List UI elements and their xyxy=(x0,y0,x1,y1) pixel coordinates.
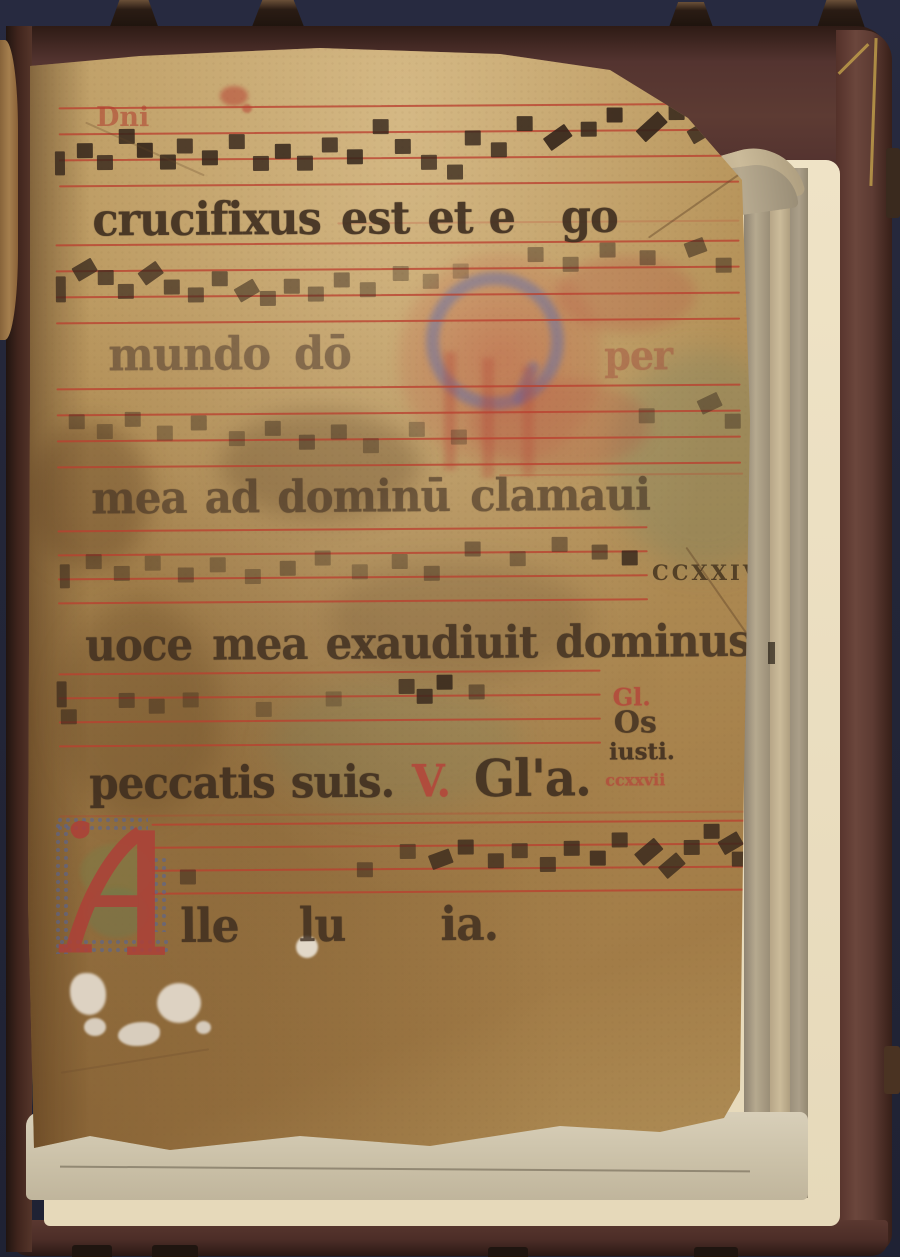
neume xyxy=(658,852,686,879)
neume xyxy=(552,537,568,552)
neume xyxy=(517,116,533,131)
neume xyxy=(451,430,467,445)
neume xyxy=(590,851,606,866)
staff-line xyxy=(56,292,740,299)
staff-line xyxy=(59,181,739,188)
neume xyxy=(447,165,463,180)
chant-word: est xyxy=(341,192,410,245)
neume xyxy=(61,709,77,724)
neume xyxy=(280,561,296,576)
chant-word: Gl'a. xyxy=(474,749,591,809)
neume xyxy=(488,853,504,868)
chant-word: suis. xyxy=(291,755,395,808)
neume xyxy=(260,291,276,306)
neume xyxy=(284,279,300,294)
neume xyxy=(491,142,507,157)
metal-foot xyxy=(694,1247,738,1257)
neume xyxy=(210,557,226,572)
neume xyxy=(423,274,439,289)
chant-word: mea xyxy=(91,471,187,524)
chant-word: e xyxy=(488,191,515,244)
neume xyxy=(119,693,135,708)
neume xyxy=(253,156,269,171)
chant-word: clamaui xyxy=(470,468,650,521)
neume xyxy=(600,242,616,257)
neume xyxy=(563,257,579,272)
neume xyxy=(265,421,281,436)
neume xyxy=(363,438,379,453)
neume xyxy=(275,144,291,159)
neume xyxy=(347,149,363,164)
neume xyxy=(393,266,409,281)
metal-foot xyxy=(72,1245,112,1257)
neume xyxy=(164,280,180,295)
neume xyxy=(704,824,720,839)
chant-text-line: lleluia. xyxy=(180,897,498,953)
neume xyxy=(352,564,368,579)
chant-word: peccatis xyxy=(89,756,275,809)
neume xyxy=(465,541,481,556)
neume xyxy=(458,839,474,854)
chant-text-line: per xyxy=(604,331,672,379)
neume xyxy=(315,550,331,565)
neume xyxy=(684,840,700,855)
neume xyxy=(98,270,114,285)
chant-word: dō xyxy=(294,327,351,380)
chant-word: ia. xyxy=(440,897,498,951)
neume xyxy=(528,247,544,262)
neume xyxy=(639,408,655,423)
neume xyxy=(177,138,193,153)
staff-line xyxy=(59,103,739,110)
chant-text-line: uocemeaexaudiuitdominusde xyxy=(85,614,823,671)
neume xyxy=(157,426,173,441)
neume xyxy=(400,844,416,859)
neume xyxy=(469,684,485,699)
neume xyxy=(229,134,245,149)
neume xyxy=(331,424,347,439)
neume xyxy=(149,699,165,714)
neume xyxy=(510,551,526,566)
neume xyxy=(245,569,261,584)
neume xyxy=(634,838,664,866)
neume xyxy=(97,155,113,170)
neume xyxy=(725,414,741,429)
chant-text-line: peccatissuis.V.Gl'a. xyxy=(89,749,591,812)
neume xyxy=(297,156,313,171)
neume xyxy=(180,869,196,884)
chant-word: crucifixus xyxy=(92,193,321,248)
neume xyxy=(421,155,437,170)
neume xyxy=(540,857,556,872)
staff-line xyxy=(59,718,601,724)
neume xyxy=(326,691,342,706)
neume xyxy=(114,566,130,581)
neume xyxy=(188,287,204,302)
neume xyxy=(424,566,440,581)
staff-line xyxy=(56,318,740,325)
neume xyxy=(71,258,98,282)
neume xyxy=(716,258,732,273)
neume xyxy=(118,284,134,299)
chant-word: uoce xyxy=(85,618,192,671)
neume xyxy=(97,424,113,439)
neume xyxy=(308,287,324,302)
initial-letter-a xyxy=(54,816,172,958)
page-stack-edges xyxy=(770,164,790,1192)
neume xyxy=(55,151,65,175)
neume xyxy=(357,862,373,877)
neume xyxy=(234,279,261,303)
neume xyxy=(77,143,93,158)
chant-word: V. xyxy=(412,755,450,807)
metal-foot xyxy=(152,1245,198,1257)
neume xyxy=(145,556,161,571)
marginal-note: ccxxvii xyxy=(605,770,665,789)
chant-word: lle xyxy=(180,899,239,953)
facing-page-curl xyxy=(0,40,18,340)
staff-line xyxy=(57,384,741,391)
chant-text-line: mundodō xyxy=(108,327,351,382)
neume xyxy=(137,261,164,286)
rubric-text: Dni xyxy=(96,102,149,133)
chant-word: lu xyxy=(299,898,346,952)
page-edge-mark xyxy=(768,642,775,664)
neume xyxy=(125,412,141,427)
metal-foot xyxy=(488,1247,528,1257)
neume xyxy=(334,272,350,287)
clasp-remnant xyxy=(884,1046,900,1094)
neume xyxy=(543,124,573,151)
book-photo: crucifixusestetegomundodōpermeaaddominūc… xyxy=(0,0,900,1257)
decorated-initial-a xyxy=(54,816,172,958)
neume xyxy=(191,415,207,430)
neume xyxy=(69,414,85,429)
neume xyxy=(322,137,338,152)
neume xyxy=(256,702,272,717)
chant-word: dominus xyxy=(555,615,751,668)
neume xyxy=(409,422,425,437)
chant-word: ad xyxy=(204,471,259,523)
neume xyxy=(512,843,528,858)
neume xyxy=(399,679,415,694)
clasp-remnant xyxy=(886,148,900,218)
staff-line xyxy=(59,742,601,748)
page-stack-edges xyxy=(790,168,808,1198)
neume xyxy=(57,681,67,707)
neume xyxy=(202,150,218,165)
neume xyxy=(465,130,481,145)
neume xyxy=(581,122,597,137)
staff-line xyxy=(152,889,746,896)
chant-text-line: crucifixusestetego xyxy=(92,190,618,247)
marginal-note: Os xyxy=(614,705,657,740)
neume xyxy=(640,250,656,265)
staff-line xyxy=(152,820,746,827)
neume xyxy=(212,271,228,286)
neume xyxy=(607,107,623,122)
neume xyxy=(183,692,199,707)
page-stack-edges xyxy=(744,170,770,1190)
chant-word: mea xyxy=(212,618,308,671)
folio-number: CCXXIV xyxy=(652,560,762,585)
neume xyxy=(229,431,245,446)
chant-word: mundo xyxy=(108,328,270,382)
neume xyxy=(564,841,580,856)
staff-line xyxy=(152,866,746,873)
neume xyxy=(612,832,628,847)
chant-word: exaudiuit xyxy=(325,616,537,669)
neume xyxy=(636,111,668,142)
neume xyxy=(373,119,389,134)
neume xyxy=(178,567,194,582)
neume xyxy=(417,689,433,704)
staff-line xyxy=(58,526,648,533)
neume xyxy=(392,554,408,569)
neume xyxy=(56,276,66,302)
neume xyxy=(60,564,70,588)
chant-word: per xyxy=(604,331,672,379)
neume xyxy=(299,435,315,450)
neume xyxy=(395,139,411,154)
neume xyxy=(592,545,608,560)
chant-word: go xyxy=(561,190,618,243)
chant-word: dominū xyxy=(277,470,450,523)
chant-text-line: meaaddominūclamaui xyxy=(91,468,650,524)
neume xyxy=(360,282,376,297)
neume xyxy=(622,550,638,565)
neume xyxy=(453,264,469,279)
neume xyxy=(437,675,453,690)
chant-word: et xyxy=(427,191,473,244)
marginal-note: iusti. xyxy=(609,738,675,765)
staff-line xyxy=(58,598,648,605)
neume xyxy=(86,554,102,569)
